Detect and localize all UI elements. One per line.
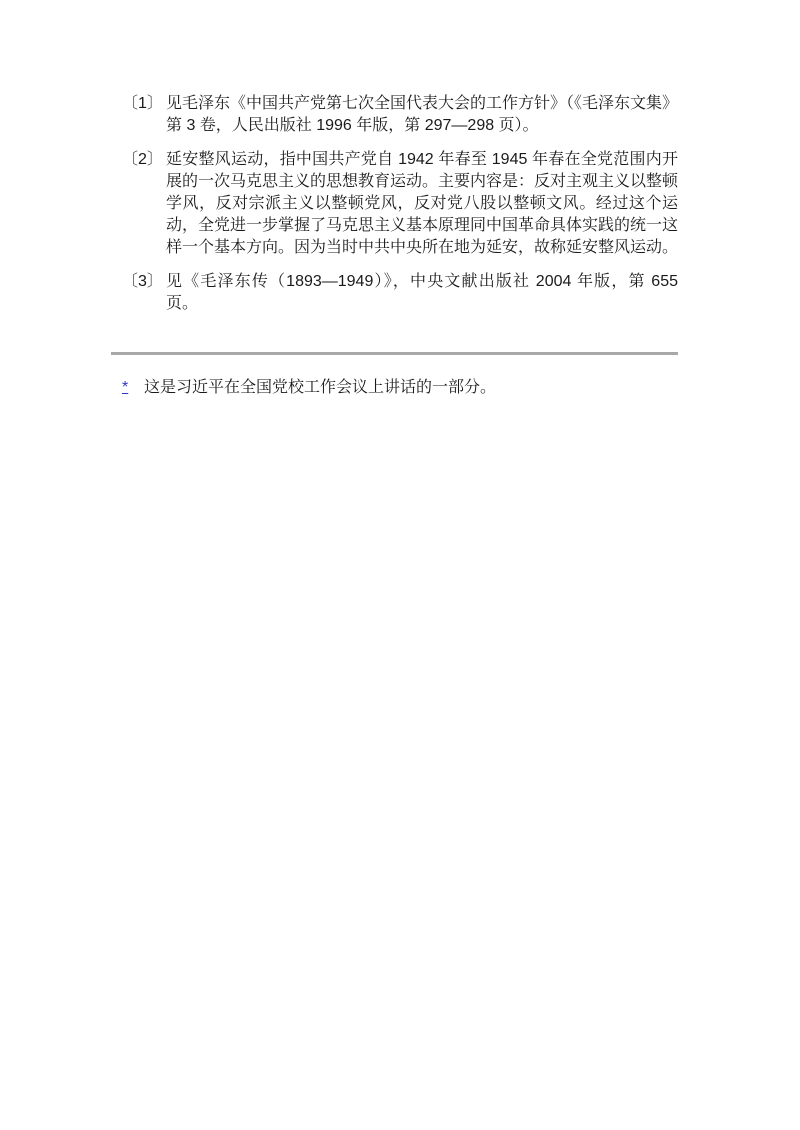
- footnote-3-label: 〔3〕: [122, 271, 166, 315]
- footnotes-section: 〔1〕 见毛泽东《中国共产党第七次全国代表大会的工作方针》（《毛泽东文集》第 3…: [122, 93, 678, 327]
- footnote-2-label: 〔2〕: [122, 149, 166, 259]
- footnote-2: 〔2〕 延安整风运动，指中国共产党自 1942 年春至 1945 年春在全党范围…: [122, 149, 678, 259]
- author-note-text: 这是习近平在全国党校工作会议上讲话的一部分。: [144, 377, 678, 399]
- author-note: * 这是习近平在全国党校工作会议上讲话的一部分。: [122, 377, 678, 399]
- footnote-3: 〔3〕 见《毛泽东传（1893—1949）》，中央文献出版社 2004 年版，第…: [122, 271, 678, 315]
- footnote-3-text: 见《毛泽东传（1893—1949）》，中央文献出版社 2004 年版，第 655…: [166, 271, 678, 315]
- footnote-1-label: 〔1〕: [122, 93, 166, 137]
- footnote-2-text: 延安整风运动，指中国共产党自 1942 年春至 1945 年春在全党范围内开展的…: [166, 149, 678, 259]
- footnote-1: 〔1〕 见毛泽东《中国共产党第七次全国代表大会的工作方针》（《毛泽东文集》第 3…: [122, 93, 678, 137]
- document-page: 〔1〕 见毛泽东《中国共产党第七次全国代表大会的工作方针》（《毛泽东文集》第 3…: [0, 0, 800, 1130]
- footnote-1-text: 见毛泽东《中国共产党第七次全国代表大会的工作方针》（《毛泽东文集》第 3 卷，人…: [166, 93, 678, 137]
- footnote-divider: [111, 352, 678, 355]
- footnote-asterisk-link[interactable]: *: [122, 377, 144, 399]
